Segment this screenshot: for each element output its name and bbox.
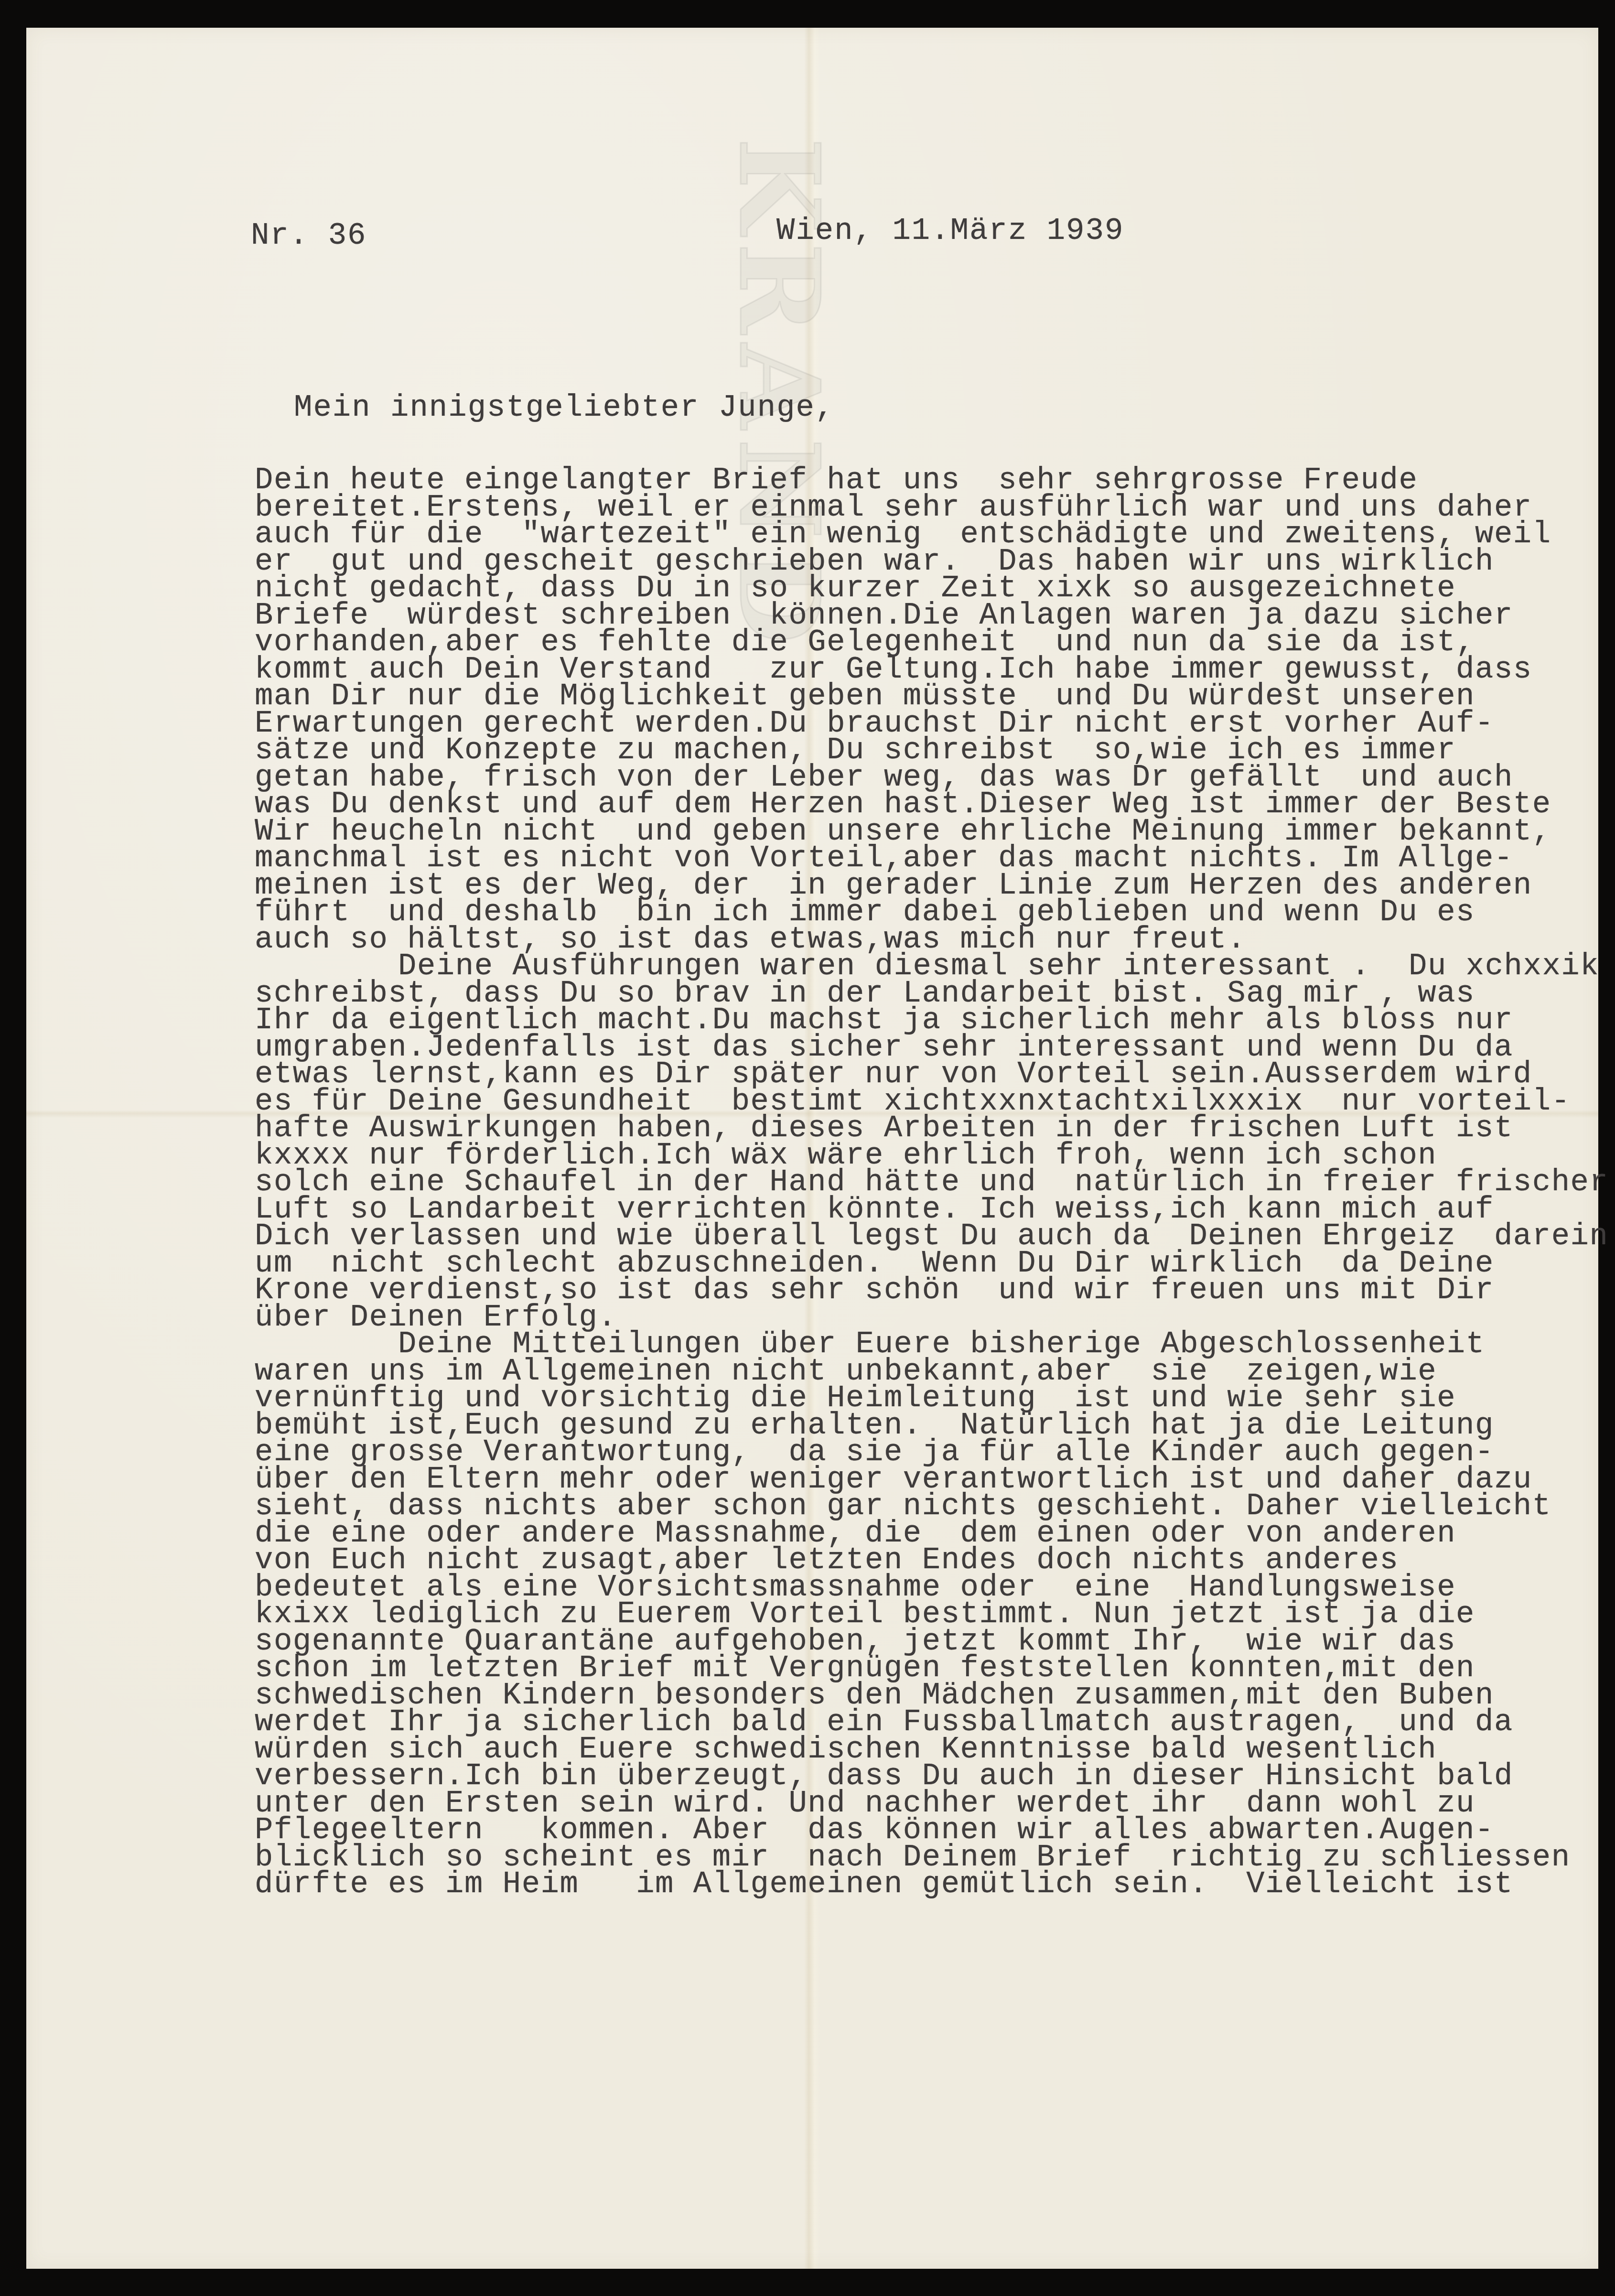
letter-paper: KRAND Nr. 36 Wien, 11.März 1939 Mein inn… <box>26 28 1598 2269</box>
text-line: dürfte es im Heim im Allgemeinen gemütli… <box>255 1871 1615 1898</box>
place-and-date: Wien, 11.März 1939 <box>776 214 1124 248</box>
letter-number: Nr. 36 <box>251 219 366 253</box>
letter-body: Dein heute eingelangter Brief hat uns se… <box>255 467 1615 1898</box>
salutation: Mein innigstgeliebter Junge, <box>294 391 834 425</box>
